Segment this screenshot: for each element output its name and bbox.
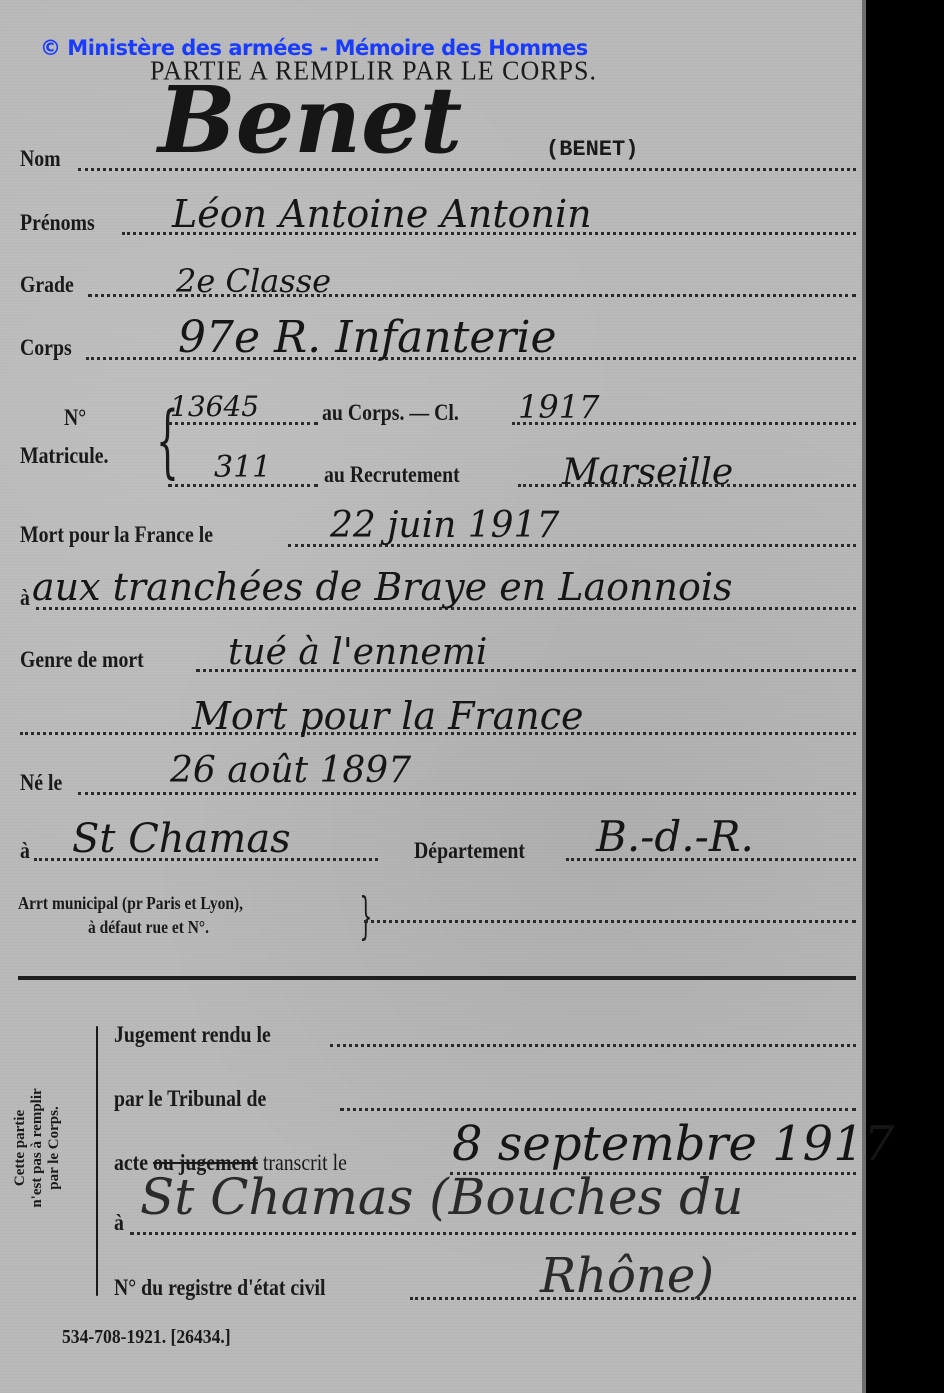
death-record-card: © Ministère des armées - Mémoire des Hom… — [0, 0, 862, 1393]
grade-handwritten: 2e Classe — [176, 262, 331, 300]
side-note-line1: Cette partie — [12, 1038, 29, 1258]
nom-handwritten: Benet — [158, 70, 462, 170]
side-note: Cette partie n'est pas à remplir par le … — [12, 1038, 63, 1258]
arrondissement-label-line2: à défaut rue et N°. — [88, 917, 209, 938]
lower-section-brace — [96, 1026, 98, 1296]
copyright-watermark: © Ministère des armées - Mémoire des Hom… — [40, 36, 588, 60]
lieu-transcription-label: à — [114, 1210, 124, 1236]
side-note-line2: n'est pas à remplir — [29, 1038, 46, 1258]
lieu-naissance-label: à — [20, 838, 30, 864]
ne-le-handwritten: 26 août 1897 — [170, 750, 411, 791]
corps-handwritten: 97e R. Infanterie — [178, 312, 557, 363]
arrondissement-label-line1: Arrt municipal (pr Paris et Lyon), — [18, 893, 243, 914]
form-reference: 534-708-1921. [26434.] — [62, 1326, 231, 1349]
lieu-mort-handwritten: aux tranchées de Braye en Laonnois — [32, 565, 732, 609]
nom-label: Nom — [20, 146, 61, 172]
nom-typed: (BENET) — [546, 137, 638, 162]
section-divider — [18, 976, 856, 980]
side-note-line3: par le Corps. — [46, 1038, 63, 1258]
ne-le-line — [78, 792, 856, 795]
recrutement-place-handwritten: Marseille — [562, 452, 733, 493]
grade-label: Grade — [20, 272, 74, 298]
matricule-no-label: N° — [64, 405, 86, 431]
mention-handwritten: Mort pour la France — [192, 694, 584, 738]
recrutement-text: au Recrutement — [324, 462, 460, 488]
classe-handwritten: 1917 — [518, 388, 599, 426]
matricule-recrutement-handwritten: 311 — [214, 450, 271, 485]
registre-line — [410, 1297, 856, 1300]
genre-mort-handwritten: tué à l'ennemi — [228, 632, 487, 673]
arrondissement-brace: } — [360, 888, 373, 944]
lieu-transcription-handwritten-line2: Rhône) — [540, 1248, 714, 1304]
jugement-line — [330, 1044, 856, 1047]
matricule-corps-handwritten: 13645 — [170, 390, 259, 423]
registre-label: N° du registre d'état civil — [114, 1275, 326, 1301]
departement-label: Département — [414, 838, 525, 864]
ne-le-label: Né le — [20, 770, 62, 796]
mort-le-handwritten: 22 juin 1917 — [330, 505, 559, 546]
arrondissement-line — [364, 920, 856, 923]
corps-label: Corps — [20, 335, 72, 361]
lieu-transcription-handwritten: St Chamas (Bouches du — [140, 1168, 743, 1226]
tribunal-label: par le Tribunal de — [114, 1086, 266, 1112]
lieu-naissance-handwritten: St Chamas — [72, 816, 291, 862]
lieu-transcription-line — [130, 1232, 856, 1235]
mort-le-label: Mort pour la France le — [20, 522, 213, 548]
jugement-label: Jugement rendu le — [114, 1022, 271, 1048]
genre-mort-label: Genre de mort — [20, 647, 144, 673]
matricule-label: Matricule. — [20, 443, 108, 469]
prenoms-label: Prénoms — [20, 210, 95, 236]
lieu-mort-label: à — [20, 585, 30, 611]
transcrit-handwritten: 8 septembre 1917 — [452, 1116, 894, 1172]
tribunal-line — [340, 1108, 856, 1111]
prenoms-handwritten: Léon Antoine Antonin — [172, 192, 592, 236]
departement-handwritten: B.-d.-R. — [596, 812, 754, 861]
card-edge — [862, 0, 866, 1393]
matricule-corps-text: au Corps. — Cl. — [322, 400, 459, 426]
